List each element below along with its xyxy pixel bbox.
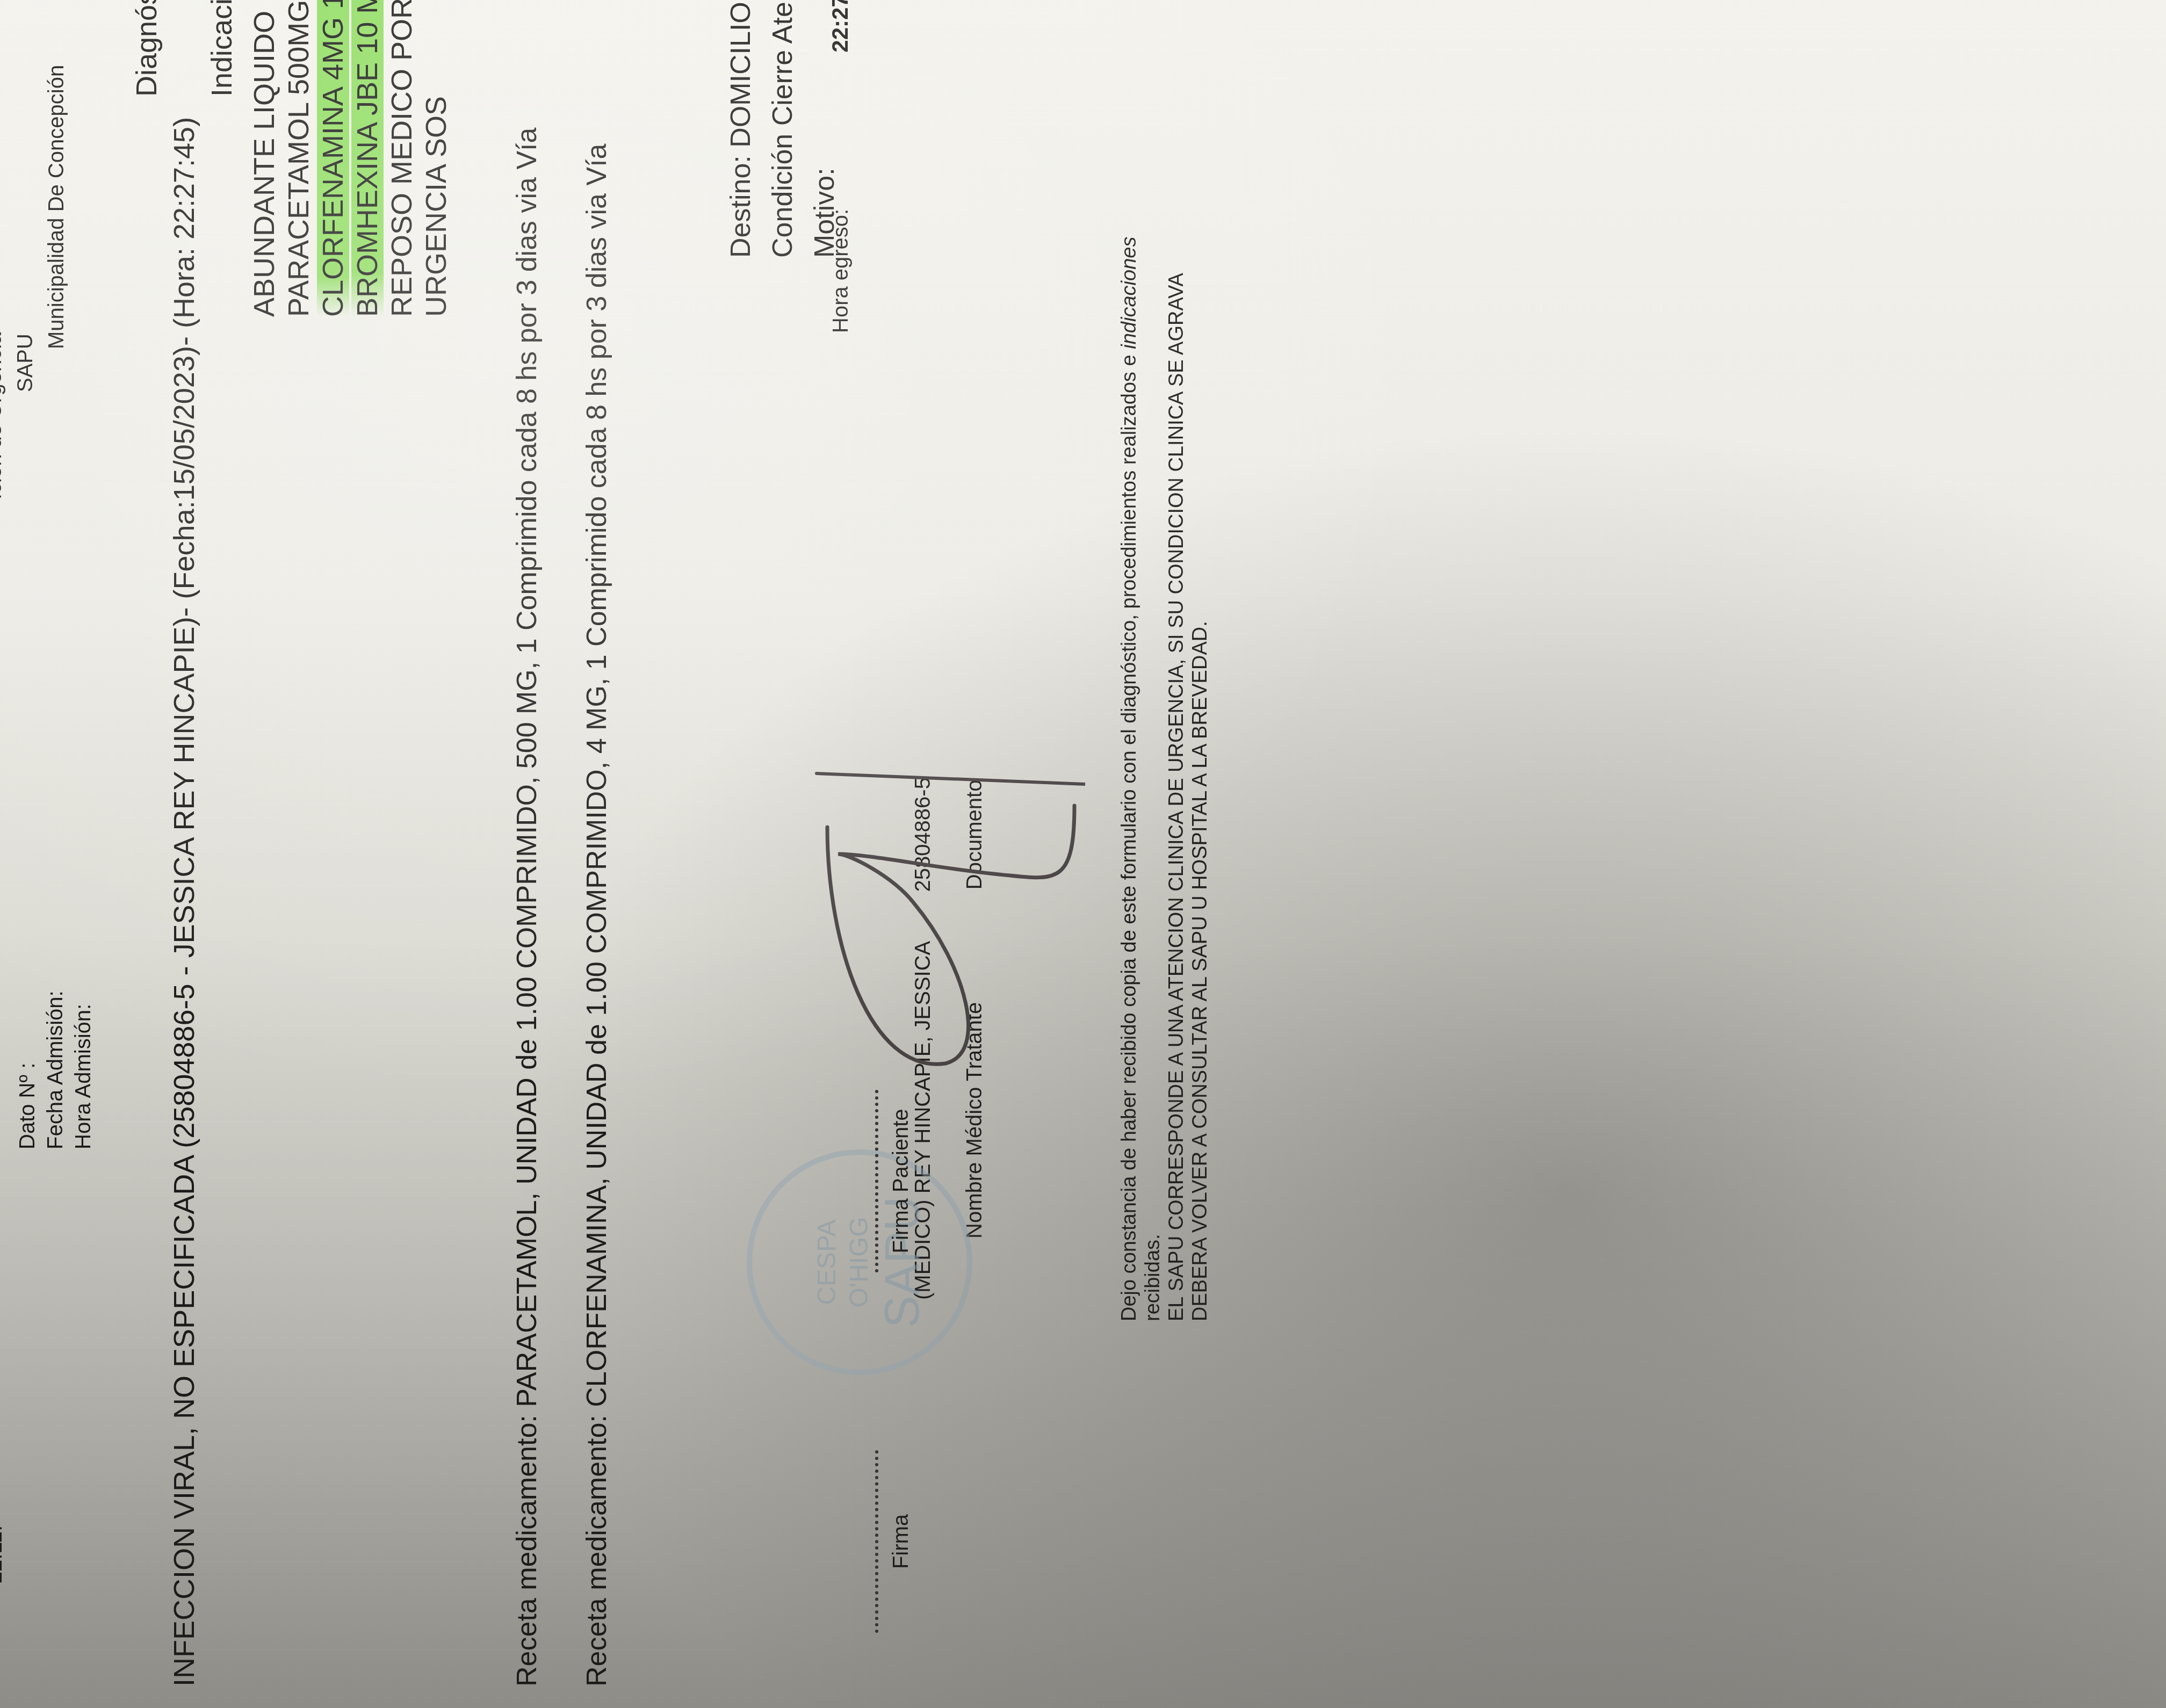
corner-info: 2350 15/05/202 22:11: (0, 1525, 9, 1624)
indication-text: REPOSO MEDICO POR 5 DIAS (386, 0, 418, 317)
legal-line-1: Dejo constancia de haber recibido copia … (1117, 237, 1141, 1321)
patient-signature: Firma Paciente (865, 1090, 913, 1272)
stamp-line1: CESPA (811, 1155, 843, 1370)
indication-text: CLORFENAMINA 4MG 1 COMP C/8H POR 5 DIAS (317, 0, 349, 317)
indications-list: ABUNDANTE LIQUIDOPARACETAMOL 500MG 1 COM… (247, 0, 453, 317)
diagnosis-text: INFECCION VIRAL, NO ESPECIFICADA (258048… (167, 117, 202, 1624)
diagnosis-label: Diagnóstico de Salida: (129, 0, 164, 97)
hora-admision-label: Hora Admisión: (69, 990, 97, 1149)
institution-name: Municipalidad De Concepción (41, 65, 72, 500)
indication-text: ABUNDANTE LIQUIDO (248, 11, 280, 317)
form-header: ıción de Urgencia SAPU Municipalidad De … (0, 65, 72, 500)
indication-text: PARACETAMOL 500MG 1 COMP C/6H SOS (283, 0, 315, 317)
prescription-1: Receta medicamento: PARACETAMOL, UNIDAD … (510, 0, 577, 1624)
patient-signature-line (875, 1090, 878, 1272)
hora-egreso-label: Hora egreso: (829, 209, 853, 333)
form-content: 2350 15/05/202 22:11: https://tconcepcio… (0, 0, 2166, 1624)
legal-notice: Dejo constancia de haber recibido copia … (1117, 237, 1212, 1321)
unit-name: SAPU (10, 65, 41, 500)
doctor-signature-line (875, 1450, 878, 1624)
patient-signature-label: Firma Paciente (889, 1090, 913, 1272)
discharge-block: Destino: DOMICILIO Condición Cierre Aten… (720, 0, 846, 258)
fecha-admision-label: Fecha Admisión: (41, 990, 69, 1149)
prescription-2-continuation: oral. (613, 0, 647, 1624)
indications-label: Indicaciones: (204, 0, 240, 97)
prescription-1-continuation: oral. (544, 0, 577, 1624)
condicion-cierre: Condición Cierre Atención: Alta Médica (762, 0, 804, 258)
corner-time: 22:11: (0, 1525, 9, 1624)
indication-item: URGENCIA SOS (419, 0, 453, 317)
handwritten-signature (806, 730, 1085, 1106)
indication-item: ABUNDANTE LIQUIDO (247, 0, 281, 317)
indication-item: PARACETAMOL 500MG 1 COMP C/6H SOS (281, 0, 316, 317)
indication-item: REPOSO MEDICO POR 5 DIAS (385, 0, 419, 317)
hora-egreso-value: 22:27:45 (827, 0, 853, 53)
indication-text: BROMHEXINA JBE 10 ML CADA 8 HORAS POR 5 … (351, 0, 384, 317)
indication-text: URGENCIA SOS (420, 96, 452, 317)
hora-egreso: Hora egreso: 22:27:45 (827, 0, 853, 333)
discharge-form-sheet: 2350 15/05/202 22:11: https://tconcepcio… (0, 0, 2166, 1624)
sapu-stamp: CESPA O'HIGG SAPU (747, 1149, 972, 1375)
signature-lines: Firma Firma Paciente (865, 918, 913, 1624)
legal-line-2: recibidas. (1141, 237, 1165, 1321)
prescription-2-text: Receta medicamento: CLORFENAMINA, UNIDAD… (581, 143, 612, 1624)
admission-block: Dato Nº : Fecha Admisión: Hora Admisión: (13, 990, 97, 1149)
doctor-signature: Firma (865, 1450, 913, 1624)
legal-line-4: DEBERA VOLVER A CONSULTAR AL SAPU U HOSP… (1188, 237, 1212, 1321)
legal-line-3: EL SAPU CORRESPONDE A UNA ATENCION CLINI… (1165, 237, 1188, 1321)
prescription-1-text: Receta medicamento: PARACETAMOL, UNIDAD … (511, 128, 543, 1624)
legal-line-1a: Dejo constancia de haber recibido copia … (1118, 349, 1140, 1321)
dato-label: Dato Nº : (13, 990, 41, 1149)
doctor-signature-label: Firma (889, 1450, 913, 1624)
indication-item: BROMHEXINA JBE 10 ML CADA 8 HORAS POR 5 … (350, 0, 385, 317)
form-title: ıción de Urgencia (0, 65, 10, 500)
indication-item: CLORFENAMINA 4MG 1 COMP C/8H POR 5 DIAS (316, 0, 350, 317)
prescription-2: Receta medicamento: CLORFENAMINA, UNIDAD… (580, 0, 647, 1624)
destino: Destino: DOMICILIO (720, 0, 762, 258)
legal-line-1b: indicaciones (1118, 237, 1140, 349)
